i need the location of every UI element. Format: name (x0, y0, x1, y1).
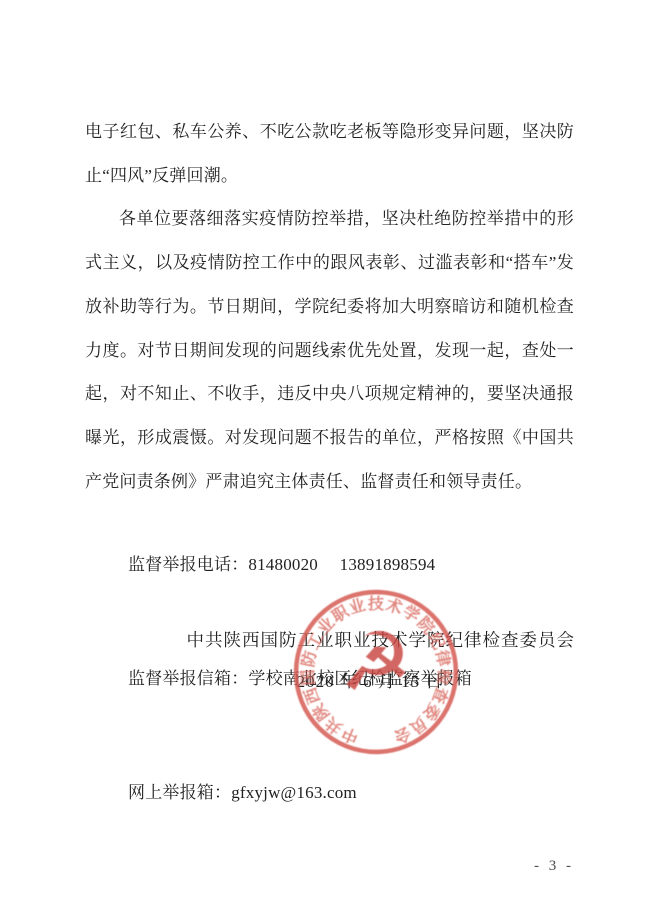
paragraph-1: 电子红包、私车公养、不吃公款吃老板等隐形变异问题，坚决防止“四风”反弹回潮。 (85, 110, 574, 197)
body-text: 电子红包、私车公养、不吃公款吃老板等隐形变异问题，坚决防止“四风”反弹回潮。 各… (85, 110, 574, 503)
signature-org: 中共陕西国防工业职业技术学院纪律检查委员会 (85, 626, 575, 654)
signature-date: 2020 年 6 月 15 日 (200, 668, 540, 696)
contact-email-line: 网上举报箱：gfxyjw@163.com (85, 774, 574, 812)
document-page: 电子红包、私车公养、不吃公款吃老板等隐形变异问题，坚决防止“四风”反弹回潮。 各… (0, 0, 652, 923)
page-number: - 3 - (534, 858, 574, 875)
paragraph-2: 各单位要落细落实疫情防控举措，坚决杜绝防控举措中的形式主义，以及疫情防控工作中的… (85, 197, 574, 503)
contact-phone-line: 监督举报电话：81480020 13891898594 (85, 546, 574, 584)
